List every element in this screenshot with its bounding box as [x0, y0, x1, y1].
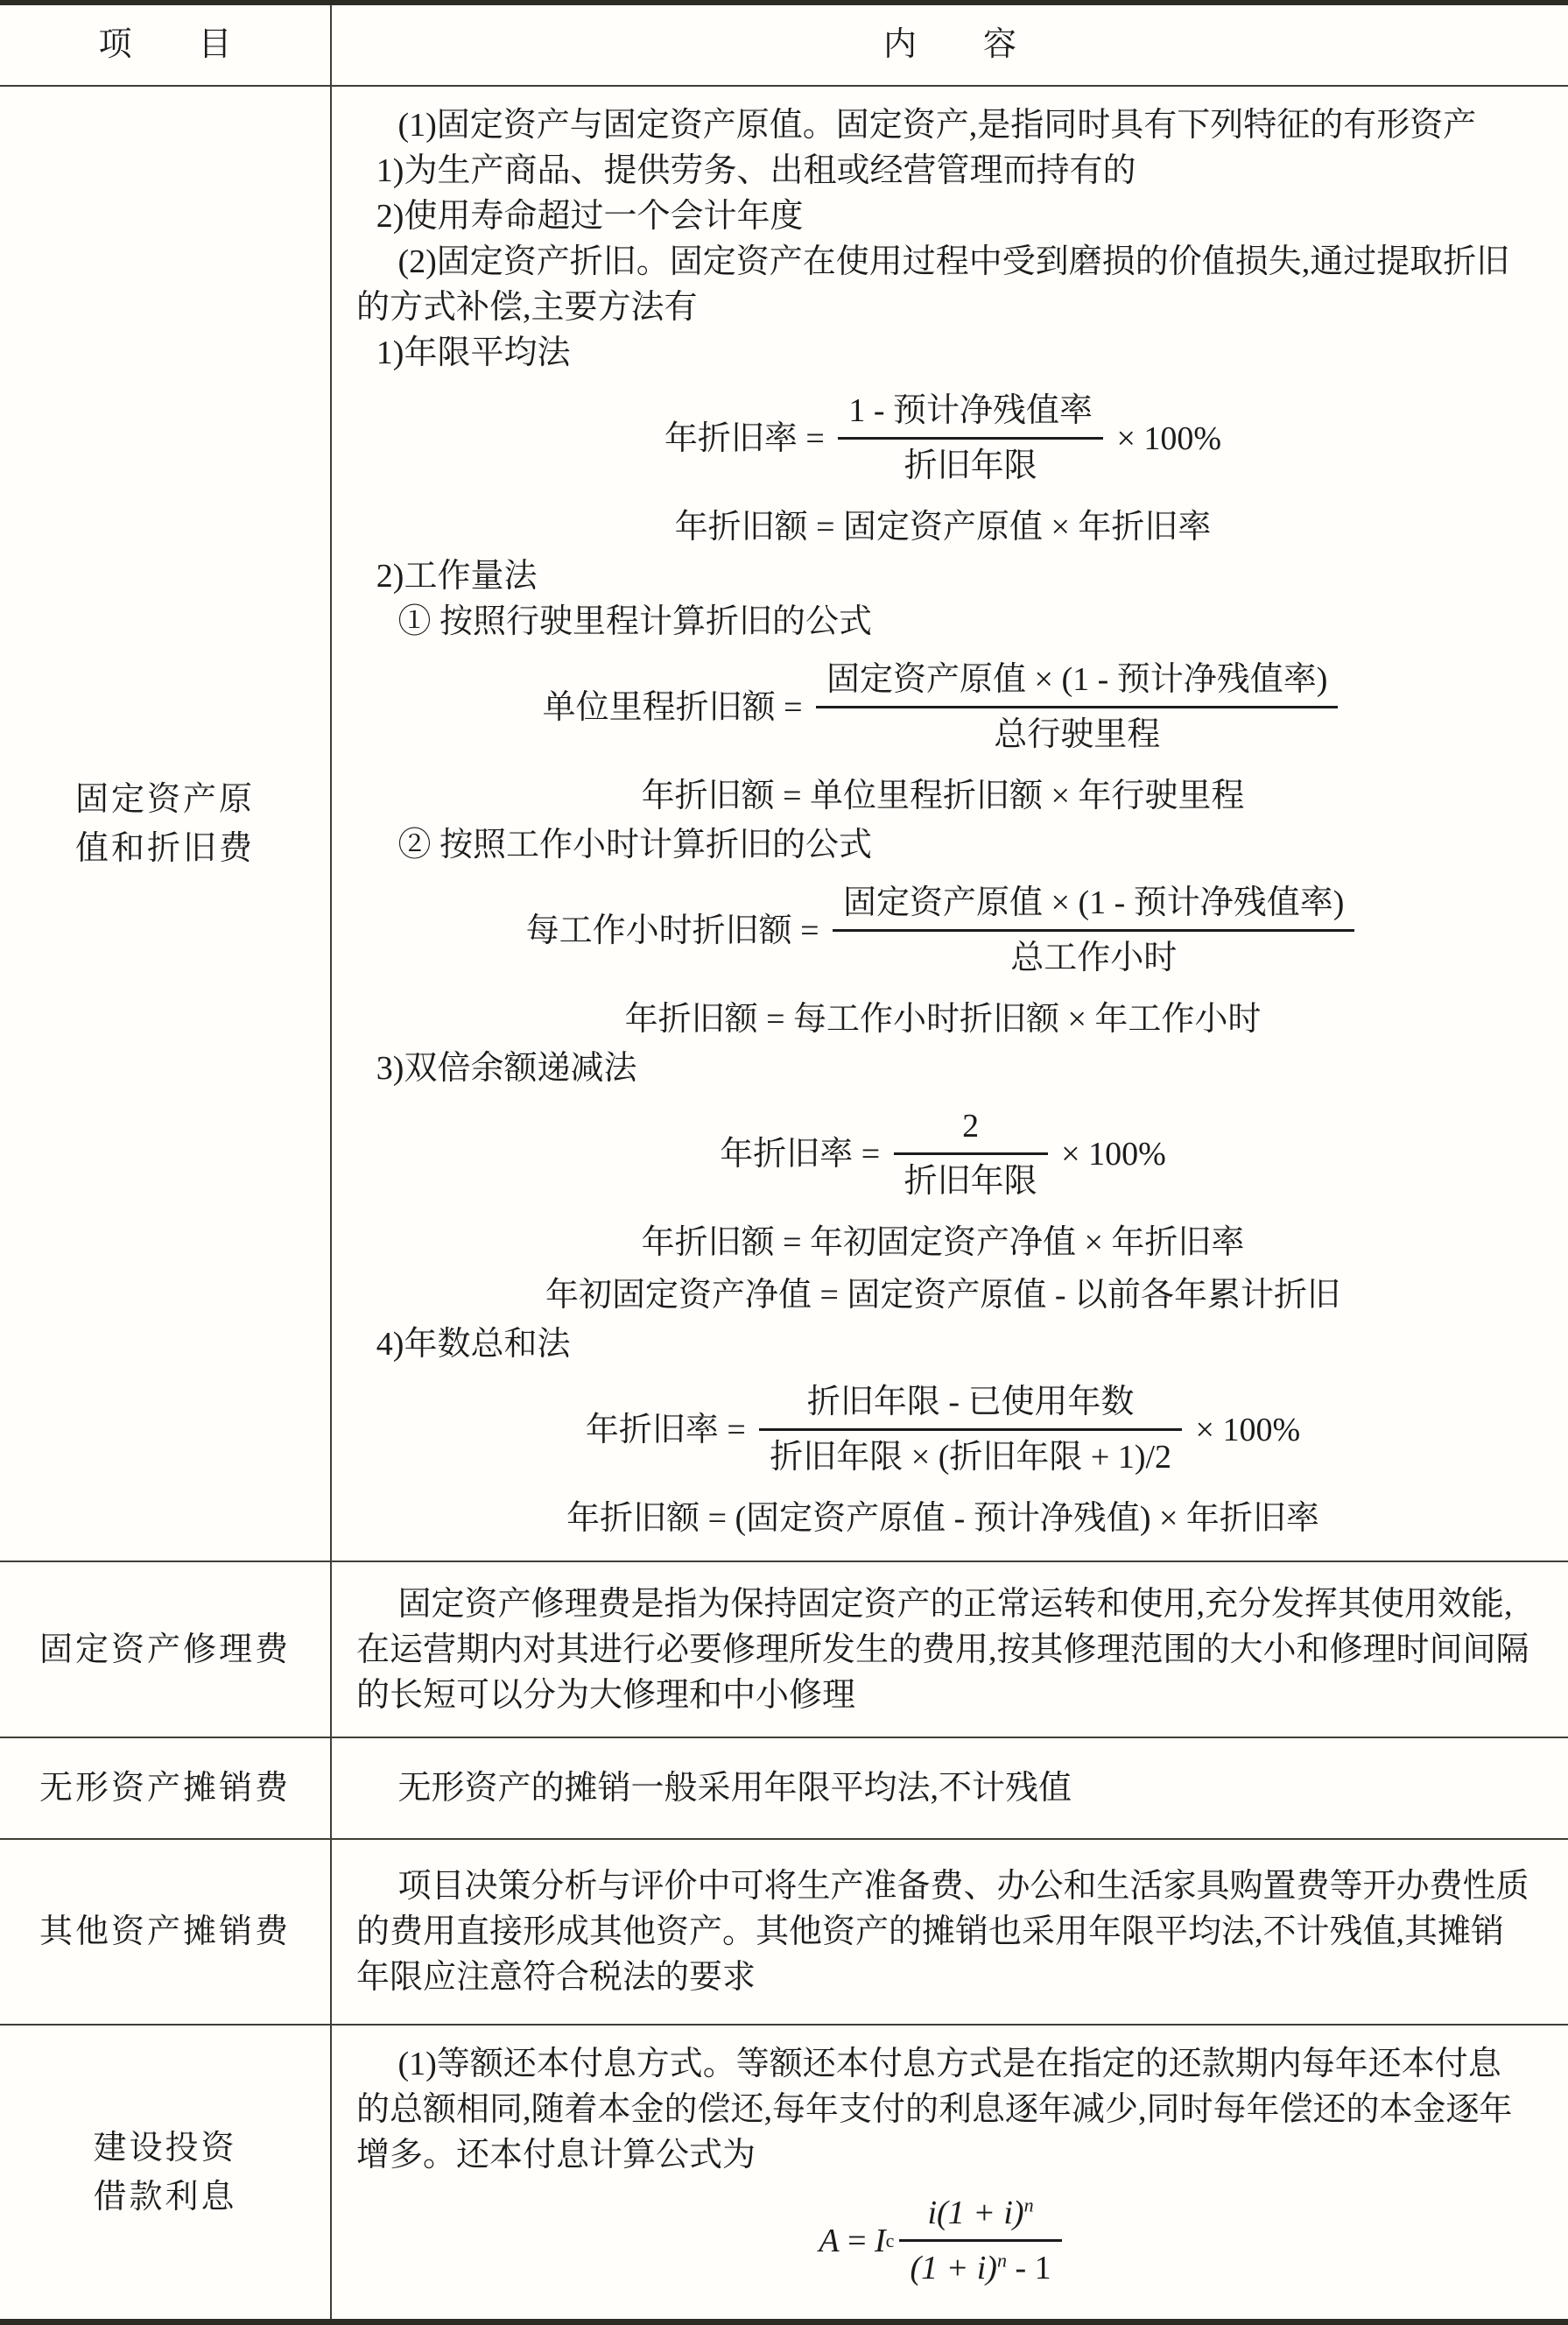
- content-cell: 固定资产修理费是指为保持固定资产的正常运转和使用,充分发挥其使用效能,在运营期内…: [332, 1562, 1568, 1737]
- list-item: 4)年数总和法: [356, 1321, 1529, 1367]
- formula-tail: × 100%: [1108, 417, 1221, 461]
- paragraph: 固定资产修理费是指为保持固定资产的正常运转和使用,充分发挥其使用效能,在运营期内…: [356, 1582, 1529, 1718]
- content-cell: 无形资产的摊销一般采用年限平均法,不计残值: [332, 1738, 1568, 1838]
- item-label-line: 无形资产摊销费: [39, 1764, 291, 1813]
- formula-tail: × 100%: [1187, 1408, 1300, 1452]
- formula-lhs: 年折旧率 =: [586, 1408, 754, 1452]
- row-construction-loan-interest: 建设投资 借款利息 (1)等额还本付息方式。等额还本付息方式是在指定的还款期内每…: [0, 2026, 1568, 2319]
- fraction: 固定资产原值 × (1 - 预计净残值率) 总工作小时: [833, 882, 1354, 979]
- row-intangible-asset-amortization: 无形资产摊销费 无形资产的摊销一般采用年限平均法,不计残值: [0, 1738, 1568, 1840]
- formula-sum-of-years-rate: 年折旧率 = 折旧年限 - 已使用年数 折旧年限 × (折旧年限 + 1)/2 …: [356, 1381, 1529, 1478]
- formula-straight-line-rate: 年折旧率 = 1 - 预计净残值率 折旧年限 × 100%: [356, 390, 1529, 487]
- list-item: 1)为生产商品、提供劳务、出租或经营管理而持有的: [356, 148, 1529, 194]
- list-item: 3)双倍余额递减法: [356, 1046, 1529, 1091]
- row-fixed-asset-repair-cost: 固定资产修理费 固定资产修理费是指为保持固定资产的正常运转和使用,充分发挥其使用…: [0, 1562, 1568, 1738]
- fraction: 2 折旧年限: [894, 1105, 1048, 1202]
- row-other-asset-amortization: 其他资产摊销费 项目决策分析与评价中可将生产准备费、办公和生活家具购置费等开办费…: [0, 1840, 1568, 2026]
- content-cell: (1)固定资产与固定资产原值。固定资产,是指同时具有下列特征的有形资产 1)为生…: [332, 87, 1568, 1561]
- paragraph: (2)固定资产折旧。固定资产在使用过程中受到磨损的价值损失,通过提取折旧的方式补…: [356, 239, 1529, 330]
- item-label-line: 借款利息: [93, 2173, 236, 2222]
- fraction-denominator: (1 + i)n - 1: [899, 2242, 1061, 2289]
- formula-double-declining-amount: 年折旧额 = 年初固定资产净值 × 年折旧率: [356, 1221, 1529, 1265]
- equals-sign: =: [840, 2219, 875, 2263]
- header-content-label: 内 容: [883, 5, 1016, 85]
- fraction: 固定资产原值 × (1 - 预计净残值率) 总行驶里程: [816, 659, 1338, 756]
- formula-equal-principal-and-interest: A = Ic i(1 + i)n (1 + i)n - 1: [356, 2192, 1529, 2289]
- table-header-row: 项 目 内 容: [0, 5, 1568, 87]
- fraction-denominator: 折旧年限: [838, 440, 1103, 487]
- item-label-cell: 建设投资 借款利息: [0, 2026, 332, 2319]
- fraction: i(1 + i)n (1 + i)n - 1: [899, 2192, 1061, 2289]
- fraction-numerator: 1 - 预计净残值率: [838, 390, 1103, 440]
- formula-double-declining-rate: 年折旧率 = 2 折旧年限 × 100%: [356, 1105, 1529, 1202]
- content-cell: (1)等额还本付息方式。等额还本付息方式是在指定的还款期内每年还本付息的总额相同…: [332, 2026, 1568, 2319]
- fraction-denominator: 折旧年限: [894, 1155, 1048, 1202]
- content-cell: 项目决策分析与评价中可将生产准备费、办公和生活家具购置费等开办费性质的费用直接形…: [332, 1840, 1568, 2024]
- formula-lhs: 年折旧率 =: [664, 417, 833, 461]
- item-label-cell: 固定资产原 值和折旧费: [0, 87, 332, 1561]
- fraction: 1 - 预计净残值率 折旧年限: [838, 390, 1103, 487]
- depreciation-table: 项 目 内 容 固定资产原 值和折旧费 (1)固定资产与固定资产原值。固定资产,…: [0, 0, 1568, 2325]
- formula-per-work-hour: 每工作小时折旧额 = 固定资产原值 × (1 - 预计净残值率) 总工作小时: [356, 882, 1529, 979]
- item-label-line: 建设投资: [93, 2124, 236, 2173]
- var-A: A: [819, 2219, 839, 2263]
- item-label-line: 值和折旧费: [75, 824, 255, 873]
- list-item: 2)工作量法: [356, 553, 1529, 599]
- paragraph: (1)固定资产与固定资产原值。固定资产,是指同时具有下列特征的有形资产: [356, 102, 1529, 148]
- formula-per-mileage: 单位里程折旧额 = 固定资产原值 × (1 - 预计净残值率) 总行驶里程: [356, 659, 1529, 756]
- item-label-cell: 固定资产修理费: [0, 1562, 332, 1737]
- header-item-cell: 项 目: [0, 5, 332, 85]
- fraction-denominator: 总行驶里程: [816, 708, 1338, 756]
- item-label-line: 其他资产摊销费: [39, 1907, 291, 1956]
- formula-annual-work-hour-amount: 年折旧额 = 每工作小时折旧额 × 年工作小时: [356, 997, 1529, 1041]
- fraction-numerator: 固定资产原值 × (1 - 预计净残值率): [816, 659, 1338, 708]
- formula-tail: × 100%: [1053, 1132, 1166, 1176]
- list-item-circled: ② 按照工作小时计算折旧的公式: [356, 822, 1529, 868]
- item-label-cell: 其他资产摊销费: [0, 1840, 332, 2024]
- formula-lhs: 年折旧率 =: [720, 1132, 888, 1176]
- item-label-line: 固定资产原: [75, 775, 255, 824]
- item-label-cell: 无形资产摊销费: [0, 1738, 332, 1838]
- list-item: 1)年限平均法: [356, 330, 1529, 376]
- formula-annual-mileage-amount: 年折旧额 = 单位里程折旧额 × 年行驶里程: [356, 774, 1529, 818]
- fraction-numerator: i(1 + i)n: [899, 2192, 1061, 2242]
- paragraph: 项目决策分析与评价中可将生产准备费、办公和生活家具购置费等开办费性质的费用直接形…: [356, 1864, 1529, 2000]
- fraction-denominator: 总工作小时: [833, 932, 1354, 979]
- list-item: 2)使用寿命超过一个会计年度: [356, 194, 1529, 239]
- fraction: 折旧年限 - 已使用年数 折旧年限 × (折旧年限 + 1)/2: [759, 1381, 1182, 1478]
- paragraph: 无形资产的摊销一般采用年限平均法,不计残值: [356, 1765, 1529, 1811]
- formula-lhs: 单位里程折旧额 =: [543, 686, 811, 729]
- formula-sum-of-years-amount: 年折旧额 = (固定资产原值 - 预计净残值) × 年折旧率: [356, 1497, 1529, 1540]
- header-item-label: 项 目: [98, 5, 231, 85]
- item-label-line: 固定资产修理费: [39, 1625, 291, 1674]
- list-item-circled: ① 按照行驶里程计算折旧的公式: [356, 599, 1529, 645]
- fraction-numerator: 折旧年限 - 已使用年数: [759, 1381, 1182, 1431]
- formula-net-value-start-of-year: 年初固定资产净值 = 固定资产原值 - 以前各年累计折旧: [356, 1273, 1529, 1317]
- paragraph: (1)等额还本付息方式。等额还本付息方式是在指定的还款期内每年还本付息的总额相同…: [356, 2041, 1529, 2178]
- formula-lhs: 每工作小时折旧额 =: [526, 909, 827, 953]
- var-Ic: I: [875, 2219, 886, 2263]
- fraction-denominator: 折旧年限 × (折旧年限 + 1)/2: [759, 1431, 1182, 1478]
- fraction-numerator: 固定资产原值 × (1 - 预计净残值率): [833, 882, 1354, 932]
- header-content-cell: 内 容: [332, 5, 1568, 85]
- row-fixed-asset-depreciation: 固定资产原 值和折旧费 (1)固定资产与固定资产原值。固定资产,是指同时具有下列…: [0, 87, 1568, 1562]
- formula-straight-line-amount: 年折旧额 = 固定资产原值 × 年折旧率: [356, 505, 1529, 549]
- fraction-numerator: 2: [894, 1105, 1048, 1155]
